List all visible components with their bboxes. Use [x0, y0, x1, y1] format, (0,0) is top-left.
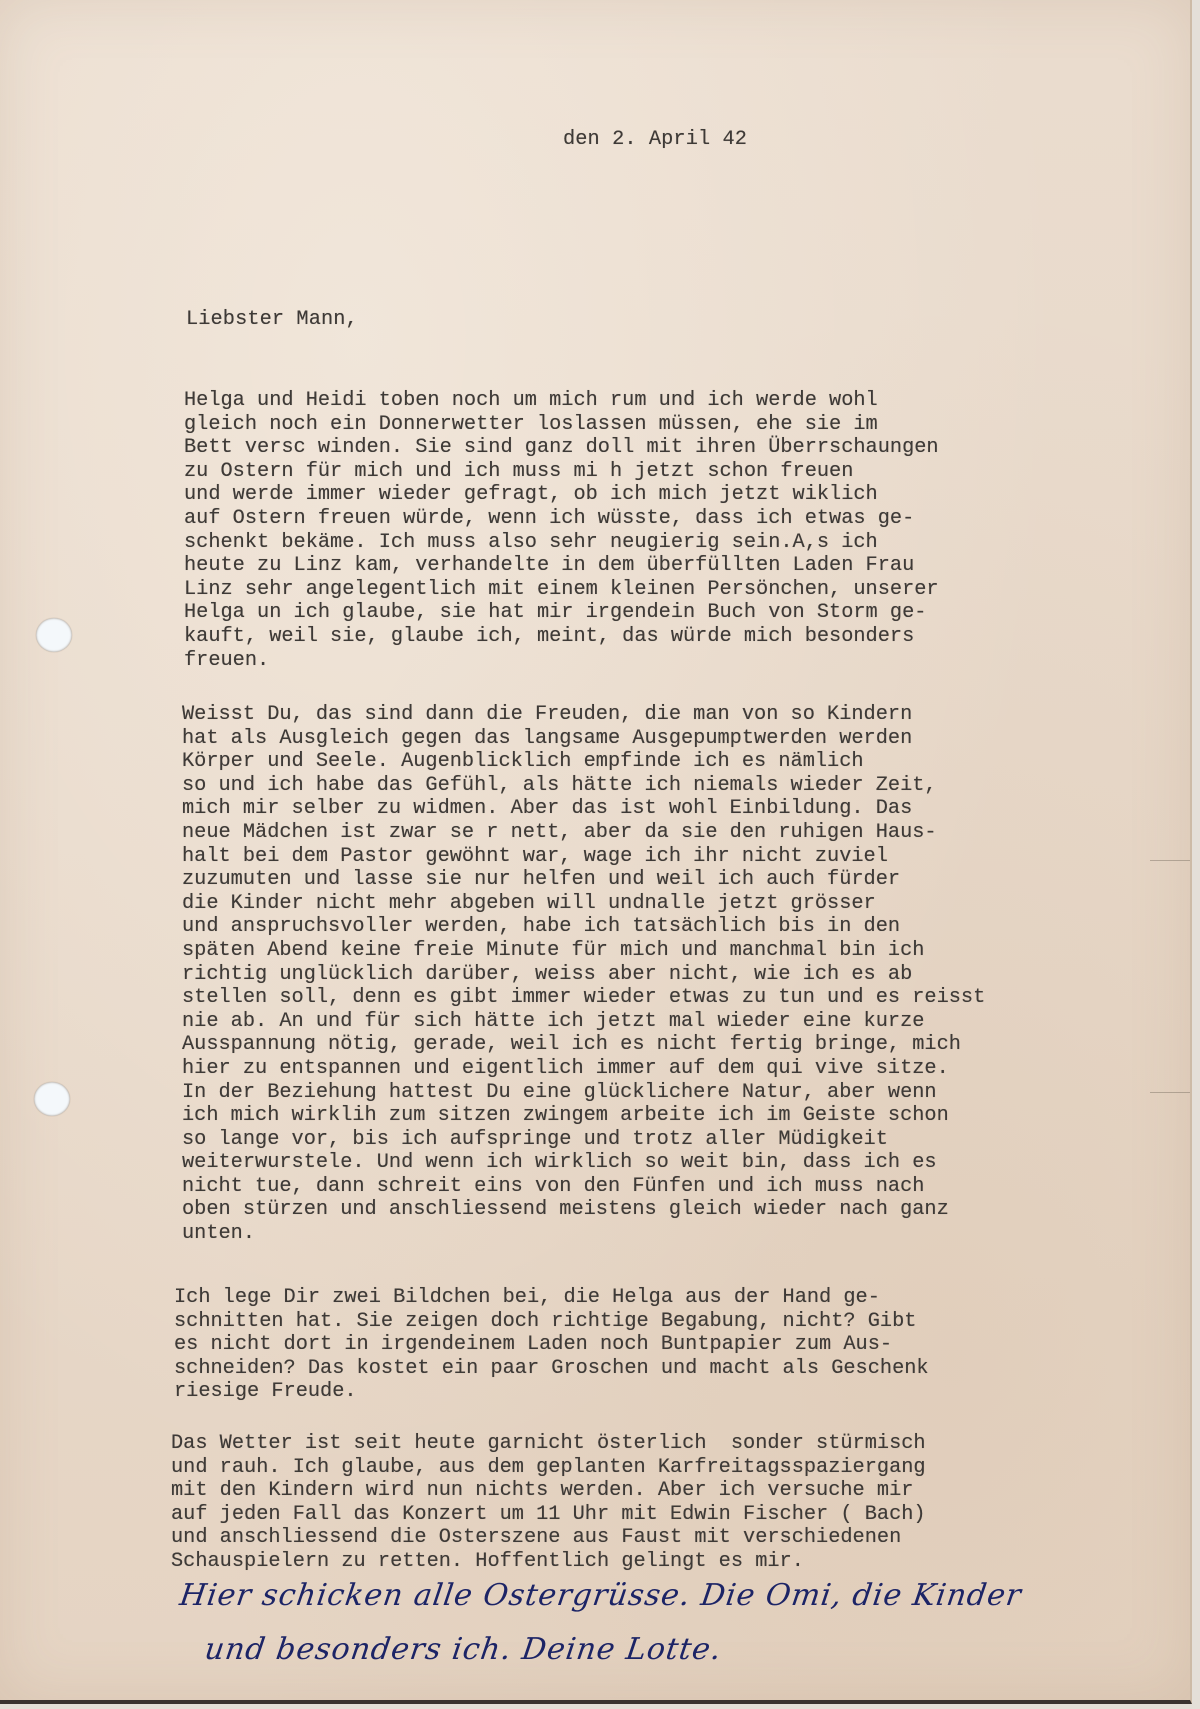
paragraph-2: Weisst Du, das sind dann die Freuden, di… — [182, 703, 985, 1246]
text-line: mit den Kindern wird nun nichts werden. … — [171, 1479, 926, 1503]
text-line: riesige Freude. — [174, 1380, 929, 1404]
text-line: nie ab. An und für sich hätte ich jetzt … — [182, 1010, 985, 1034]
paragraph-3: Ich lege Dir zwei Bildchen bei, die Helg… — [174, 1286, 929, 1404]
text-line: Ich lege Dir zwei Bildchen bei, die Helg… — [174, 1286, 929, 1310]
punch-hole — [34, 1082, 70, 1116]
text-line: und werde immer wieder gefragt, ob ich m… — [184, 483, 939, 507]
handwritten-signature-line: und besonders ich. Deine Lotte. — [203, 1632, 724, 1667]
text-line: zuzumuten und lasse sie nur helfen und w… — [182, 868, 985, 892]
text-line: halt bei dem Pastor gewöhnt war, wage ic… — [182, 845, 985, 869]
text-line: die Kinder nicht mehr abgeben will undna… — [182, 892, 985, 916]
text-line: Linz sehr angelegentlich mit einem klein… — [184, 578, 939, 602]
text-line: Helga und Heidi toben noch um mich rum u… — [184, 389, 939, 413]
text-line: auf jeden Fall das Konzert um 11 Uhr mit… — [171, 1503, 926, 1527]
text-line: In der Beziehung hattest Du eine glückli… — [182, 1081, 985, 1105]
text-line: auf Ostern freuen würde, wenn ich wüsste… — [184, 507, 939, 531]
text-line: hier zu entspannen und eigentlich immer … — [182, 1057, 985, 1081]
letter-page: den 2. April 42 Liebster Mann, Helga und… — [0, 0, 1192, 1704]
text-line: Helga un ich glaube, sie hat mir irgende… — [184, 601, 939, 625]
text-line: Schauspielern zu retten. Hoffentlich gel… — [171, 1550, 926, 1574]
text-line: freuen. — [184, 649, 939, 673]
text-line: kauft, weil sie, glaube ich, meint, das … — [184, 625, 939, 649]
text-line: schenkt bekäme. Ich muss also sehr neugi… — [184, 531, 939, 555]
text-line: Ausspannung nötig, gerade, weil ich es n… — [182, 1033, 985, 1057]
text-line: zu Ostern für mich und ich muss mi h jet… — [184, 460, 939, 484]
text-line: es nicht dort in irgendeinem Laden noch … — [174, 1333, 929, 1357]
text-line: oben stürzen und anschliessend meistens … — [182, 1198, 985, 1222]
text-line: so lange vor, bis ich aufspringe und tro… — [182, 1128, 985, 1152]
text-line: unten. — [182, 1222, 985, 1246]
text-line: und rauh. Ich glaube, aus dem geplanten … — [171, 1456, 926, 1480]
text-line: weiterwurstele. Und wenn ich wirklich so… — [182, 1151, 985, 1175]
paper-crease — [1150, 860, 1190, 861]
text-line: Das Wetter ist seit heute garnicht öster… — [171, 1432, 926, 1456]
text-line: schnitten hat. Sie zeigen doch richtige … — [174, 1310, 929, 1334]
text-line: Weisst Du, das sind dann die Freuden, di… — [182, 703, 985, 727]
text-line: heute zu Linz kam, verhandelte in dem üb… — [184, 554, 939, 578]
text-line: hat als Ausgleich gegen das langsame Aus… — [182, 727, 985, 751]
text-line: gleich noch ein Donnerwetter loslassen m… — [184, 413, 939, 437]
text-line: so und ich habe das Gefühl, als hätte ic… — [182, 774, 985, 798]
text-line: richtig unglücklich darüber, weiss aber … — [182, 963, 985, 987]
text-line: mich mir selber zu widmen. Aber das ist … — [182, 797, 985, 821]
text-line: und anschliessend die Osterszene aus Fau… — [171, 1526, 926, 1550]
handwritten-postscript-line: Hier schicken alle Ostergrüsse. Die Omi,… — [178, 1578, 1024, 1613]
text-line: stellen soll, denn es gibt immer wieder … — [182, 986, 985, 1010]
text-line: schneiden? Das kostet ein paar Groschen … — [174, 1357, 929, 1381]
text-line: späten Abend keine freie Minute für mich… — [182, 939, 985, 963]
text-line: Bett versc winden. Sie sind ganz doll mi… — [184, 436, 939, 460]
letter-date: den 2. April 42 — [563, 128, 747, 151]
text-line: neue Mädchen ist zwar se r nett, aber da… — [182, 821, 985, 845]
text-line: Körper und Seele. Augenblicklich empfind… — [182, 750, 985, 774]
punch-hole — [36, 618, 72, 652]
text-line: und anspruchsvoller werden, habe ich tat… — [182, 915, 985, 939]
paragraph-1: Helga und Heidi toben noch um mich rum u… — [184, 389, 939, 672]
paper-crease — [1150, 1092, 1190, 1093]
letter-salutation: Liebster Mann, — [186, 308, 358, 331]
paragraph-4: Das Wetter ist seit heute garnicht öster… — [171, 1432, 926, 1574]
text-line: nicht tue, dann schreit eins von den Fün… — [182, 1175, 985, 1199]
text-line: ich mich wirklih zum sitzen zwingem arbe… — [182, 1104, 985, 1128]
